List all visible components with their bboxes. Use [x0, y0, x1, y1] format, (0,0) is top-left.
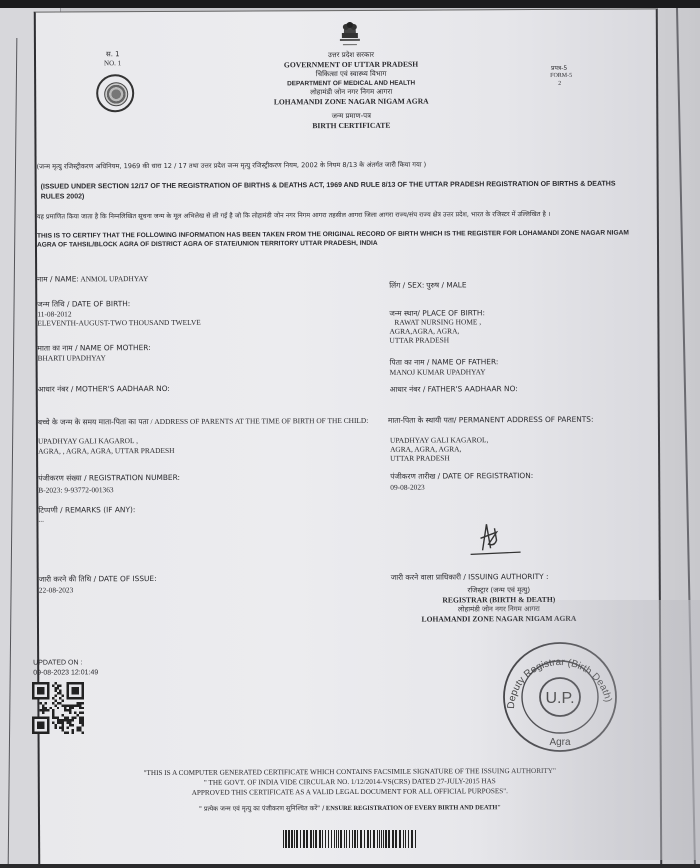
- authority-zone: LOHAMANDI ZONE NAGAR NIGAM AGRA: [399, 613, 599, 624]
- registration-number-value: B-2023: 9-93772-001363: [38, 485, 113, 495]
- birth-address-label-hi: बच्चे के जन्म के समय माता-पिता का पता: [38, 417, 149, 427]
- sex-label: लिंग / SEX:: [389, 281, 424, 290]
- slogan-hi: " प्रत्येक जन्म एवं मृत्यु का पंजीकरण सु…: [199, 804, 324, 813]
- father-aadhaar-label: आधार नंबर / FATHER'S AADHAAR NO:: [390, 384, 518, 394]
- issuing-authority-label: जारी करने वाला प्राधिकारी / ISSUING AUTH…: [391, 572, 549, 582]
- national-emblem-icon: [338, 19, 362, 47]
- seal-center-text: U.P.: [545, 690, 574, 707]
- registration-date-label: पंजीकरण तारीख / DATE OF REGISTRATION:: [390, 471, 533, 481]
- certify-statement-hi: यह प्रमाणित किया जाता है कि निम्नलिखित स…: [37, 209, 637, 221]
- permanent-address-line3: UTTAR PRADESH: [390, 453, 450, 463]
- father-name-label: पिता का नाम / NAME OF FATHER:: [390, 357, 499, 367]
- issued-under-en: (ISSUED UNDER SECTION 12/17 OF THE REGIS…: [41, 179, 641, 201]
- seal-bottom-text: Agra: [549, 737, 571, 748]
- mother-name-value: BHARTI UPADHYAY: [38, 353, 106, 363]
- dob-label: जन्म तिथि / DATE OF BIRTH:: [37, 299, 130, 309]
- qr-code-icon: [32, 682, 84, 734]
- sex-value: पुरुष / MALE: [426, 280, 466, 289]
- updated-on-label: UPDATED ON :: [33, 658, 82, 667]
- official-seal-icon: Deputy Registrar (Birth Death) Municipal…: [494, 637, 624, 757]
- dob-words: ELEVENTH-AUGUST-TWO THOUSAND TWELVE: [37, 318, 200, 328]
- father-name-value: MANOJ KUMAR UPADHYAY: [390, 367, 486, 377]
- name-label: नाम / NAME:: [37, 274, 79, 283]
- remarks-label: टिप्पणी / REMARKS (IF ANY):: [38, 505, 135, 515]
- signature-icon: [466, 518, 522, 558]
- mother-name-label: माता का नाम / NAME OF MOTHER:: [37, 343, 150, 353]
- registration-number-label: पंजीकरण संख्या / REGISTRATION NUMBER:: [38, 473, 180, 483]
- footer-approval: APPROVED THIS CERTIFICATE AS A VALID LEG…: [50, 785, 650, 798]
- mother-aadhaar-label: आधार नंबर / MOTHER'S AADHAAR NO:: [38, 384, 170, 394]
- remarks-value: ...: [38, 515, 44, 524]
- barcode-icon: [283, 830, 417, 848]
- issue-date-label: जारी करने की तिथि / DATE OF ISSUE:: [39, 574, 157, 584]
- registration-date-value: 09-08-2023: [390, 483, 425, 493]
- photo-top-edge: [0, 0, 700, 8]
- sex-field: लिंग / SEX: पुरुष / MALE: [389, 280, 466, 290]
- birth-address-line1: UPADHYAY GALI KAGAROL ,: [38, 436, 138, 446]
- serial-number: NO. 1: [104, 59, 121, 68]
- certificate-title: BIRTH CERTIFICATE: [186, 120, 516, 131]
- form-sub-number: 2: [558, 80, 561, 89]
- child-name-field: नाम / NAME: ANMOL UPADHYAY: [37, 274, 148, 284]
- updated-on-value: 09-08-2023 12:01:49: [33, 668, 98, 677]
- birth-address-label-en: / ADDRESS OF PARENTS AT THE TIME OF BIRT…: [150, 416, 368, 426]
- slogan-en: ENSURE REGISTRATION OF EVERY BIRTH AND D…: [326, 804, 501, 812]
- place-of-birth-line3: UTTAR PRADESH: [389, 335, 449, 345]
- issue-date-value: 22-08-2023: [39, 585, 74, 595]
- photo-bottom-edge: [0, 864, 700, 868]
- permanent-address-label: माता-पिता के स्थायी पता/ PERMANENT ADDRE…: [388, 414, 668, 425]
- birth-address-line2: AGRA, , AGRA, AGRA, UTTAR PRADESH: [38, 446, 174, 456]
- zone-name: LOHAMANDI ZONE NAGAR NIGAM AGRA: [186, 96, 516, 107]
- up-government-logo-icon: [96, 74, 134, 112]
- birth-address-label: बच्चे के जन्म के समय माता-पिता का पता / …: [38, 416, 383, 427]
- footer-slogan: " प्रत्येक जन्म एवं मृत्यु का पंजीकरण सु…: [50, 801, 650, 815]
- serial-number-hi: स. 1: [106, 50, 120, 59]
- certify-statement-en: THIS IS TO CERTIFY THAT THE FOLLOWING IN…: [37, 228, 647, 249]
- issued-under-hi: (जन्म मृत्यु रजिस्ट्रीकरण अधिनियम, 1969 …: [37, 160, 629, 172]
- name-value: ANMOL UPADHYAY: [80, 274, 148, 283]
